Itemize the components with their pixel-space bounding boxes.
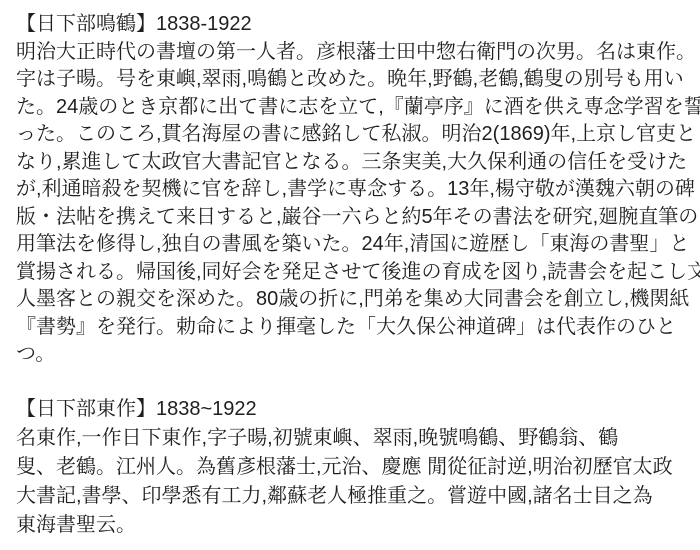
entry-kusakabe-tosaku: 【日下部東作】1838~1922 名東作,一作日下東作,字子暘,初號東嶼、翠雨,… — [16, 395, 700, 540]
entry-heading: 【日下部東作】1838~1922 — [16, 395, 700, 424]
text-line: た。24歳のとき京都に出て書に志を立て,『蘭亭序』に酒を供え専念学習を誓 — [16, 94, 700, 122]
text-line: 大書記,書學、印學悉有工力,鄰蘇老人極推重之。嘗遊中國,諸名士目之為 — [16, 482, 700, 511]
text-line: 用筆法を修得し,独自の書風を築いた。24年,清国に遊歴し「東海の書聖」と — [16, 231, 700, 259]
document: 【日下部鳴鶴】1838-1922 明治大正時代の書壇の第一人者。彦根藩士田中惣右… — [0, 0, 700, 540]
entry-body: 明治大正時代の書壇の第一人者。彦根藩士田中惣右衛門の次男。名は東作。字は子暘。号… — [16, 39, 700, 369]
text-line: なり,累進して太政官大書記官となる。三条実美,大久保利通の信任を受けた — [16, 149, 700, 177]
text-line: つ。 — [16, 341, 700, 369]
text-line: 賞揚される。帰国後,同好会を発足させて後進の育成を図り,読書会を起こし文 — [16, 259, 700, 287]
text-line: った。このころ,貫名海屋の書に感銘して私淑。明治2(1869)年,上京し官吏と — [16, 121, 700, 149]
entry-body: 名東作,一作日下東作,字子暘,初號東嶼、翠雨,晚號鳴鶴、野鶴翁、鶴叟、老鶴。江州… — [16, 424, 700, 540]
text-line: 字は子暘。号を東嶼,翠雨,鳴鶴と改めた。晩年,野鶴,老鶴,鶴叟の別号も用い — [16, 66, 700, 94]
text-line: 叟、老鶴。江州人。為舊彥根藩士,元治、慶應 閒從征討逆,明治初歷官太政 — [16, 453, 700, 482]
entry-kusakabe-meikaku: 【日下部鳴鶴】1838-1922 明治大正時代の書壇の第一人者。彦根藩士田中惣右… — [16, 11, 700, 369]
entry-heading: 【日下部鳴鶴】1838-1922 — [16, 11, 700, 39]
text-line: 版・法帖を携えて来日すると,巌谷一六らと約5年その書法を研究,廻腕直筆の — [16, 204, 700, 232]
text-line: 人墨客との親交を深めた。80歳の折に,門弟を集め大同書会を創立し,機関紙 — [16, 286, 700, 314]
text-line: 『書勢』を発行。勅命により揮毫した「大久保公神道碑」は代表作のひと — [16, 314, 700, 342]
text-line: 東海書聖云。 — [16, 511, 700, 540]
text-line: が,利通暗殺を契機に官を辞し,書学に専念する。13年,楊守敬が漢魏六朝の碑 — [16, 176, 700, 204]
text-line: 明治大正時代の書壇の第一人者。彦根藩士田中惣右衛門の次男。名は東作。 — [16, 39, 700, 67]
text-line: 名東作,一作日下東作,字子暘,初號東嶼、翠雨,晚號鳴鶴、野鶴翁、鶴 — [16, 424, 700, 453]
